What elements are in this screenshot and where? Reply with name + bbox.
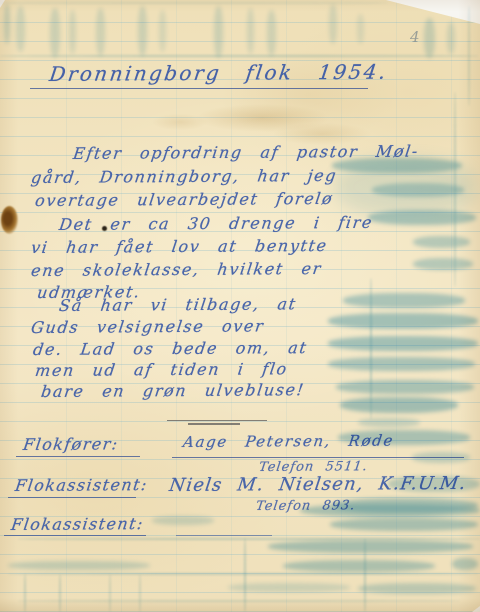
section-divider [188,423,240,425]
handwritten-line: men ud af tiden i flo [34,359,289,380]
role-name: Aage Petersen, Røde [182,432,395,451]
handwritten-line: de. Lad os bede om, at [32,338,309,359]
page-number: 4 [410,28,420,46]
name-underline [172,457,464,458]
ink-blot [102,226,107,231]
handwritten-line: Så har vi tilbage, at [58,294,298,315]
handwriting-layer: 4 Dronningborg flok 1954. Efter opfordri… [0,0,480,612]
role-name: Niels M. Nielsen, K.F.U.M. [168,473,468,496]
title-underline [30,88,368,89]
rust-stain [1,206,18,234]
label-underline [8,497,136,498]
blank-signature-line [176,535,272,536]
label-underline [16,456,140,457]
handwritten-line: bare en grøn ulvebluse! [40,380,306,401]
label-underline [4,535,146,536]
role-label: Flokfører: [22,434,120,454]
handwritten-line: Guds velsignelse over [30,316,266,337]
section-divider [167,420,267,421]
role-phone: Telefon 893. [255,498,356,514]
handwritten-line: vi har fået lov at benytte [30,236,329,257]
role-phone: Telefon 5511. [258,459,369,475]
handwritten-line: Efter opfordring af pastor Møl- [72,142,420,163]
scanned-notebook-page: { "document": { "page_number": "4", "tit… [0,0,480,612]
role-label: Flokassistent: [10,514,145,534]
page-title: Dronningborg flok 1954. [48,60,389,86]
handwritten-line: gård, Dronningborg, har jeg [30,166,338,187]
handwritten-line: ene skoleklasse, hvilket er [30,259,323,280]
role-label: Flokassistent: [14,475,149,495]
handwritten-line: overtage ulvearbejdet forelø [34,189,335,210]
